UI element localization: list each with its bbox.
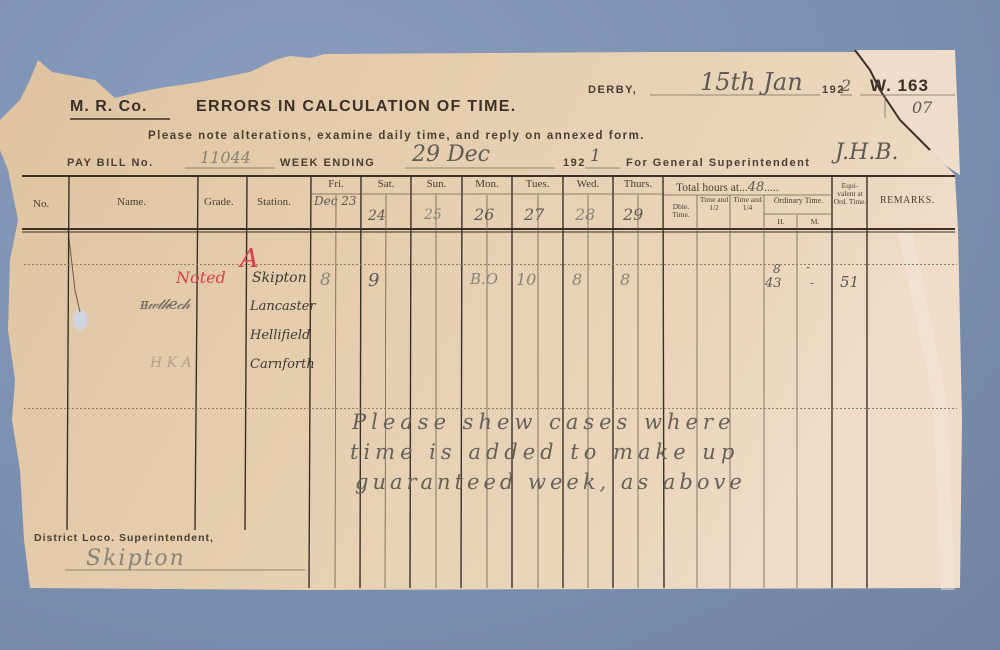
date-mon: 26 bbox=[474, 205, 494, 224]
instruction-text: Please note alterations, examine daily t… bbox=[148, 130, 645, 142]
date-fri: Dec 23 bbox=[314, 194, 360, 209]
page-title: ERRORS IN CALCULATION OF TIME. bbox=[196, 98, 516, 116]
week-year-suffix: 1 bbox=[590, 146, 601, 166]
header-grade: Grade. bbox=[204, 196, 234, 208]
header-total-hours: Total hours at...48..... bbox=[676, 180, 779, 195]
week-ending-value: 29 Dec bbox=[412, 142, 490, 167]
hours-thurs: 8 bbox=[620, 270, 630, 289]
pay-bill-number: 11044 bbox=[200, 148, 251, 167]
ordinary-minutes: - bbox=[810, 276, 814, 290]
total-hours-dots-after: ..... bbox=[764, 182, 778, 194]
company-prefix: M. R. Co. bbox=[70, 98, 147, 116]
header-time-quarter: Time and 1/4 bbox=[731, 196, 764, 212]
header-name: Name. bbox=[117, 196, 146, 208]
form-code: W. 163 bbox=[870, 76, 929, 96]
issue-year-suffix: 2 bbox=[841, 76, 851, 95]
hours-mon: B.O bbox=[470, 270, 498, 288]
date-thurs: 29 bbox=[623, 205, 643, 224]
week-ending-label: WEEK ENDING bbox=[280, 157, 375, 169]
date-sat: 24 bbox=[368, 208, 386, 224]
signature-scrawl: ᵻᵻ𝓌𝓉𝒽𝑒𝒸𝒽 bbox=[140, 295, 189, 313]
week-year-prefix: 192 bbox=[563, 157, 586, 169]
note-line-1: Please shew cases where bbox=[352, 410, 735, 434]
hours-sat: 9 bbox=[368, 270, 379, 291]
total-hours-value: 48 bbox=[748, 180, 765, 195]
document: M. R. Co. ERRORS IN CALCULATION OF TIME.… bbox=[0, 0, 1000, 650]
header-day-mon: Mon. bbox=[462, 178, 512, 190]
header-no: No. bbox=[33, 198, 49, 210]
header-hours: H. bbox=[765, 218, 797, 226]
faded-stamp: H K A bbox=[150, 355, 192, 371]
header-day-tues: Tues. bbox=[512, 178, 563, 190]
ordinary-hours: 43 bbox=[765, 276, 782, 291]
hours-tues: 10 bbox=[516, 270, 536, 289]
total-hours-label: Total hours at bbox=[676, 182, 739, 194]
header-day-thurs: Thurs. bbox=[613, 178, 663, 190]
date-sun: 25 bbox=[424, 207, 442, 223]
header-remarks: REMARKS. bbox=[880, 195, 935, 206]
hours-fri: 8 bbox=[320, 270, 331, 290]
header-day-sun: Sun. bbox=[411, 178, 462, 190]
total-hours-dots: ... bbox=[739, 182, 748, 194]
header-dble-time: Dble. Time. bbox=[665, 203, 697, 219]
header-day-sat: Sat. bbox=[361, 178, 411, 190]
equivalent-value: 51 bbox=[840, 273, 859, 291]
form-code-sub: 07 bbox=[912, 98, 932, 117]
header-station: Station. bbox=[257, 196, 291, 208]
place-label: DERBY, bbox=[588, 84, 637, 96]
date-wed: 28 bbox=[575, 205, 595, 224]
header-ordinary-time: Ordinary Time. bbox=[765, 197, 832, 205]
for-initials: J.H.B. bbox=[835, 140, 898, 165]
footer-value: Skipton bbox=[86, 546, 186, 571]
header-day-wed: Wed. bbox=[563, 178, 613, 190]
station-skipton: Skipton bbox=[252, 270, 307, 286]
note-line-3: guaranteed week, as above bbox=[355, 470, 746, 494]
station-carnforth: Carnforth bbox=[250, 357, 315, 372]
header-equivalent: Equi-valent at Ord. Time. bbox=[833, 182, 867, 206]
issue-date: 15th Jan bbox=[700, 68, 803, 96]
ordinary-minutes-top: - bbox=[806, 260, 810, 274]
header-day-fri: Fri. bbox=[311, 178, 361, 190]
ordinary-hours-top: 8 bbox=[773, 262, 781, 276]
footer-label: District Loco. Superintendent, bbox=[34, 532, 214, 544]
for-label: For General Superintendent bbox=[626, 157, 810, 169]
header-time-half: Time and 1/2 bbox=[698, 196, 730, 212]
noted-annotation: Noted bbox=[176, 268, 226, 287]
date-tues: 27 bbox=[524, 205, 544, 224]
station-lancaster: Lancaster bbox=[250, 299, 316, 314]
pay-bill-label: PAY BILL No. bbox=[67, 157, 154, 169]
note-line-2: time is added to make up bbox=[350, 440, 739, 464]
station-hellifield: Hellifield bbox=[250, 328, 310, 343]
header-minutes: M. bbox=[798, 218, 832, 226]
hours-wed: 8 bbox=[572, 270, 582, 289]
